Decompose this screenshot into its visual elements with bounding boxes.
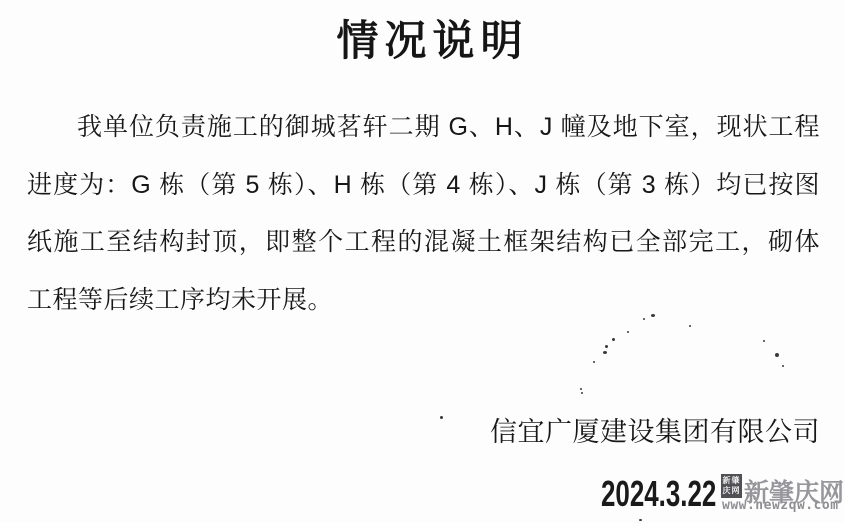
body-line-2: 进度为：G 栋（第 5 栋）、H 栋（第 4 栋）、J 栋（第 3 栋）均已按图 <box>27 157 820 215</box>
body-line-3: 纸施工至结构封顶，即整个工程的混凝土框架结构已全部完工，砌体 <box>27 214 820 272</box>
scan-noise-speck <box>627 331 629 333</box>
scan-noise-speck <box>580 388 582 390</box>
company-signature: 信宜广厦建设集团有限公司 <box>0 410 820 449</box>
watermark-logo-line1: 新肇 <box>721 476 742 486</box>
scan-noise-speck <box>603 351 607 354</box>
watermark-logo-icon: 新肇 庆网 <box>721 474 742 498</box>
document-body: 我单位负责施工的御城茗轩二期 G、H、J 幢及地下室，现状工程 进度为：G 栋（… <box>27 99 820 329</box>
scanned-document-page: 情况说明 我单位负责施工的御城茗轩二期 G、H、J 幢及地下室，现状工程 进度为… <box>0 0 845 523</box>
document-title: 情况说明 <box>0 8 845 68</box>
watermark-site-url: www.newzqw.com <box>722 498 839 513</box>
scan-noise-speck <box>651 314 655 317</box>
scan-noise-speck <box>643 318 645 320</box>
scan-noise-speck <box>605 345 608 348</box>
body-line-4: 工程等后续工序均未开展。 <box>27 272 820 330</box>
scan-noise-speck <box>689 325 691 327</box>
scan-noise-speck <box>581 392 583 394</box>
body-line-1: 我单位负责施工的御城茗轩二期 G、H、J 幢及地下室，现状工程 <box>27 99 820 157</box>
scan-noise-speck <box>639 519 642 521</box>
document-date: 2024.3.22 <box>601 473 716 515</box>
site-watermark: 新肇 庆网 新肇庆网 www.newzqw.com <box>719 460 845 520</box>
scan-noise-speck <box>440 416 443 419</box>
scan-noise-speck <box>612 338 615 341</box>
scan-noise-speck <box>763 340 765 342</box>
watermark-logo-line2: 庆网 <box>721 486 742 496</box>
scan-noise-speck <box>782 365 784 367</box>
scan-noise-speck <box>775 353 779 357</box>
scan-noise-speck <box>593 361 595 363</box>
